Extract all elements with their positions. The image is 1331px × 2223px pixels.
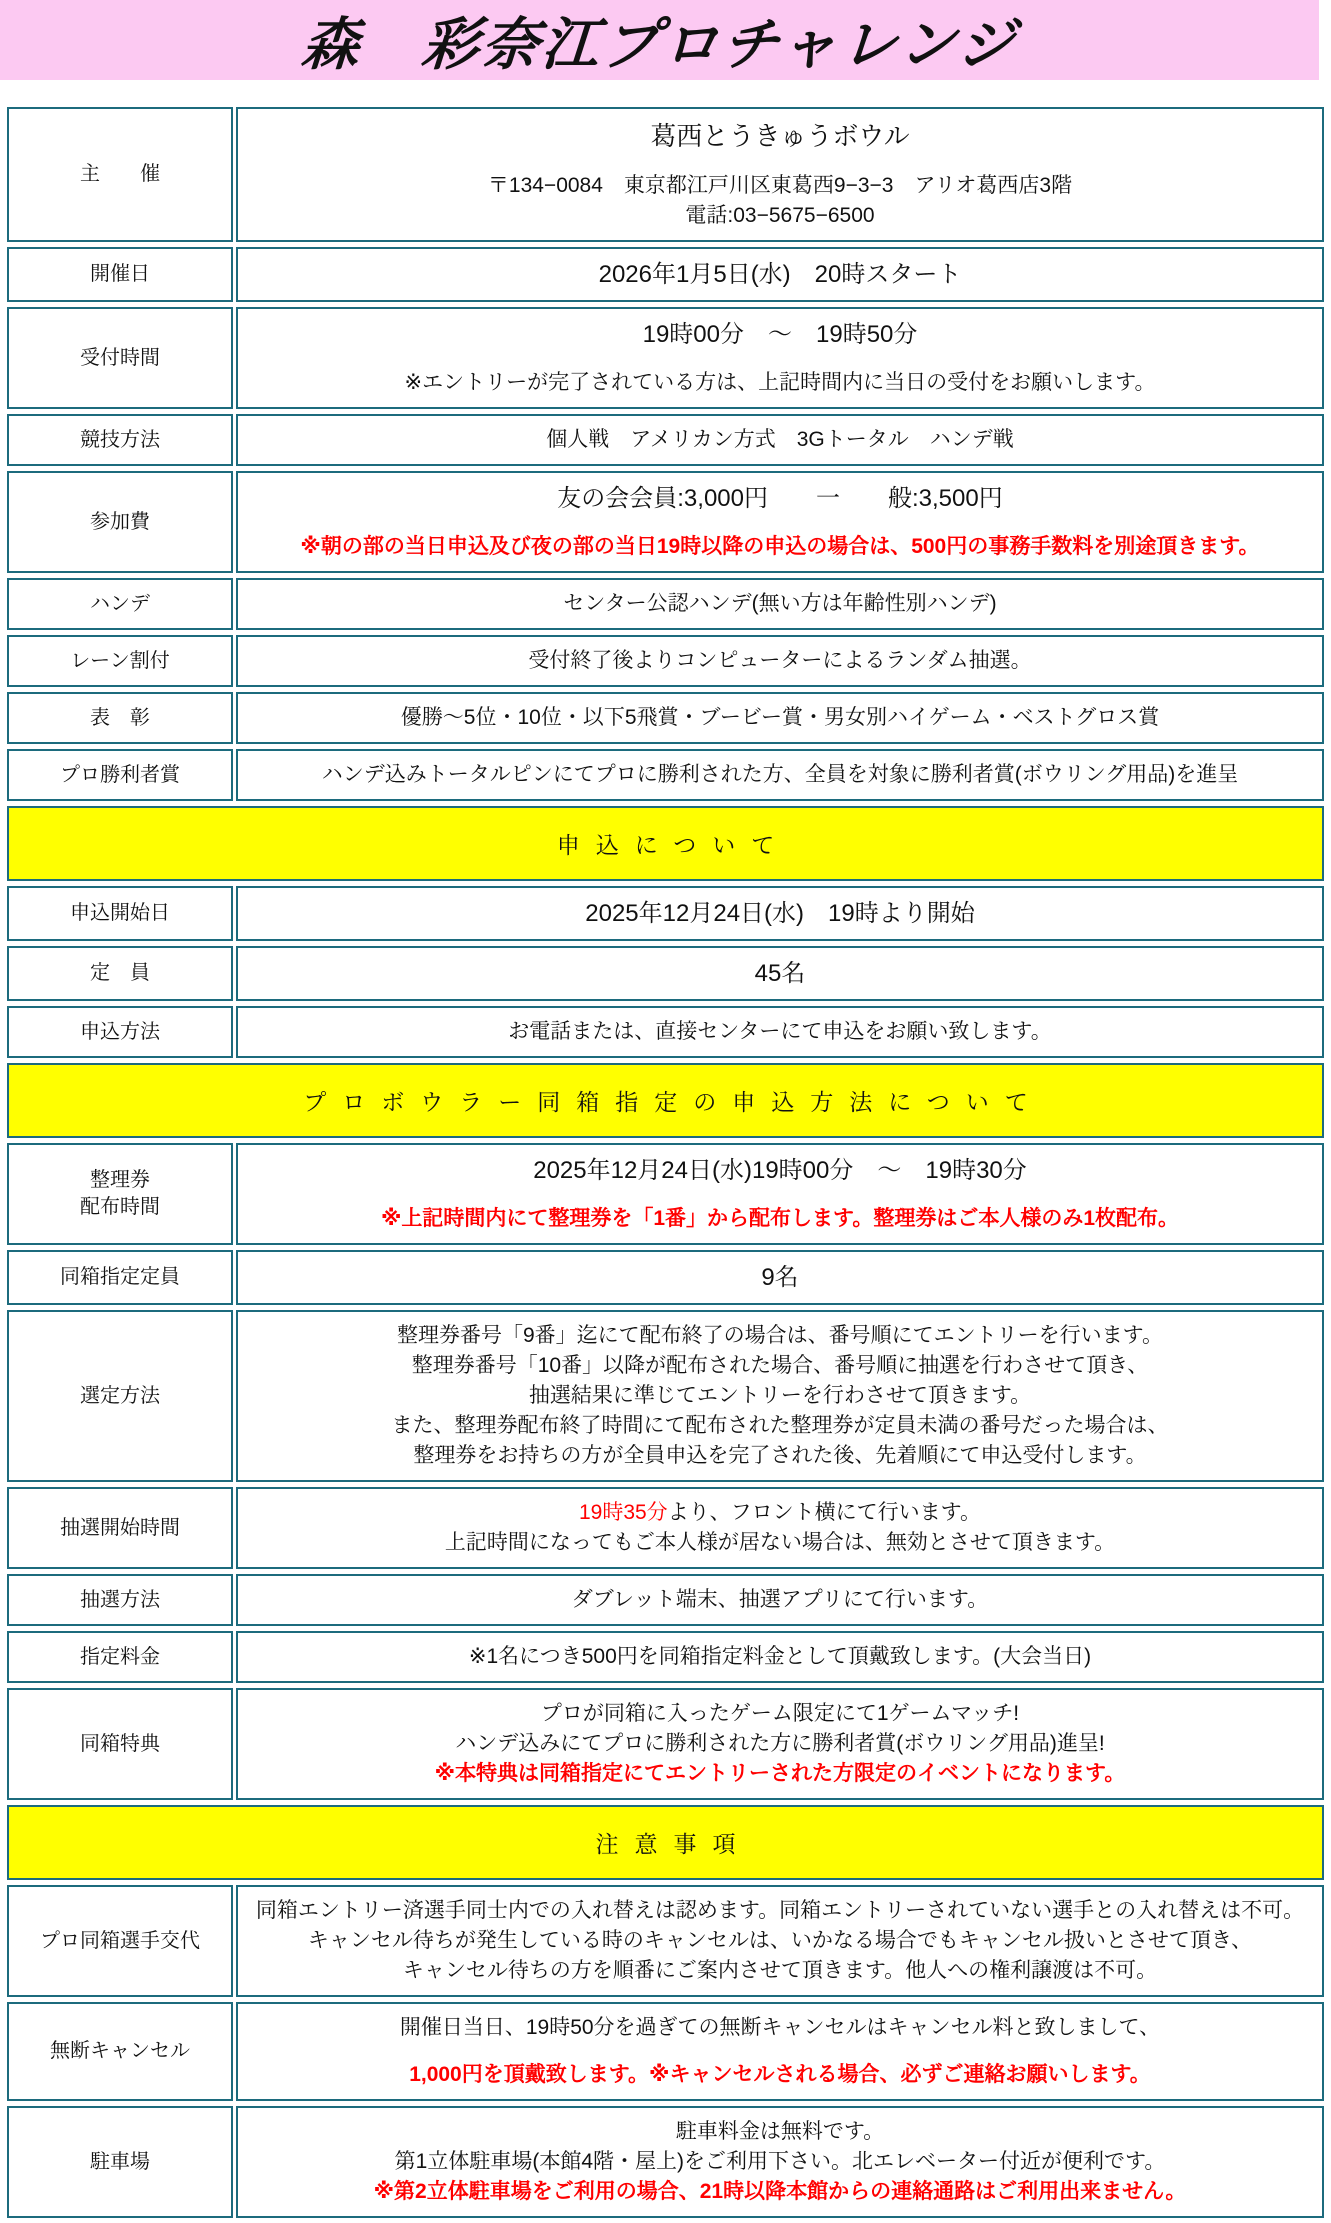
lottery-start-time-text: より、フロント横にて行います。 <box>668 1501 981 1524</box>
selection-method-label: 選定方法 <box>7 1310 233 1482</box>
organizer-line: 葛西とうきゅうボウル <box>244 118 1316 154</box>
flyer-page: 森 彩奈江プロチャレンジ 主 催葛西とうきゅうボウル〒134−0084 東京都江… <box>0 0 1331 2223</box>
section-notes-header: 注意事項 <box>7 1805 1324 1880</box>
selection-method-line: 抽選結果に準じてエントリーを行わさせて頂きます。 <box>244 1381 1316 1411</box>
section-application-header: 申込について <box>7 806 1324 881</box>
box-capacity-content: 9名 <box>236 1250 1324 1305</box>
ticket-distribution-time-line: 2025年12月24日(水)19時00分 〜 19時30分 <box>244 1154 1316 1187</box>
row-lane-assignment: レーン割付受付終了後よりコンピューターによるランダム抽選。 <box>7 635 1324 687</box>
box-capacity-label: 同箱指定定員 <box>7 1250 233 1305</box>
row-awards: 表 彰優勝〜5位・10位・以下5飛賞・ブービー賞・男女別ハイゲーム・ベストグロス… <box>7 692 1324 744</box>
parking-line: 駐車料金は無料です。 <box>244 2117 1316 2147</box>
box-benefits-line: ※本特典は同箱指定にてエントリーされた方限定のイベントになります。 <box>244 1759 1316 1789</box>
row-box-benefits: 同箱特典プロが同箱に入ったゲーム限定にて1ゲームマッチ!ハンデ込みにてプロに勝利… <box>7 1688 1324 1800</box>
organizer-line: 電話:03−5675−6500 <box>244 201 1316 231</box>
box-benefits-label: 同箱特典 <box>7 1688 233 1800</box>
row-reception-time: 受付時間19時00分 〜 19時50分※エントリーが完了されている方は、上記時間… <box>7 307 1324 409</box>
handicap-content: センター公認ハンデ(無い方は年齢性別ハンデ) <box>236 578 1324 630</box>
lottery-method-content: ダブレット端末、抽選アプリにて行います。 <box>236 1574 1324 1626</box>
spacer <box>244 154 1316 171</box>
application-start-date-label: 申込開始日 <box>7 886 233 941</box>
organizer-content: 葛西とうきゅうボウル〒134−0084 東京都江戸川区東葛西9−3−3 アリオ葛… <box>236 107 1324 242</box>
competition-format-content: 個人戦 アメリカン方式 3Gトータル ハンデ戦 <box>236 414 1324 466</box>
row-section-probowler-box: プロボウラー同箱指定の申込方法について <box>7 1063 1324 1138</box>
ticket-distribution-time-content: 2025年12月24日(水)19時00分 〜 19時30分※上記時間内にて整理券… <box>236 1143 1324 1245</box>
row-application-start-date: 申込開始日2025年12月24日(水) 19時より開始 <box>7 886 1324 941</box>
pro-box-player-substitution-content: 同箱エントリー済選手同士内での入れ替えは認めます。同箱エントリーされていない選手… <box>236 1885 1324 1997</box>
pro-winner-prize-label: プロ勝利者賞 <box>7 749 233 801</box>
event-title: 森 彩奈江プロチャレンジ <box>299 0 1020 81</box>
row-pro-box-player-substitution: プロ同箱選手交代同箱エントリー済選手同士内での入れ替えは認めます。同箱エントリー… <box>7 1885 1324 1997</box>
ticket-distribution-time-label: 整理券配布時間 <box>7 1143 233 1245</box>
section-probowler-box-header: プロボウラー同箱指定の申込方法について <box>7 1063 1324 1138</box>
row-organizer: 主 催葛西とうきゅうボウル〒134−0084 東京都江戸川区東葛西9−3−3 ア… <box>7 107 1324 242</box>
pro-box-player-substitution-label: プロ同箱選手交代 <box>7 1885 233 1997</box>
no-show-cancellation-line: 1,000円を頂戴致します。※キャンセルされる場合、必ずご連絡お願いします。 <box>244 2060 1316 2090</box>
capacity-label: 定 員 <box>7 946 233 1001</box>
row-pro-winner-prize: プロ勝利者賞ハンデ込みトータルピンにてプロに勝利された方、全員を対象に勝利者賞(… <box>7 749 1324 801</box>
box-benefits-content: プロが同箱に入ったゲーム限定にて1ゲームマッチ!ハンデ込みにてプロに勝利された方… <box>236 1688 1324 1800</box>
pro-box-player-substitution-line: キャンセル待ちが発生している時のキャンセルは、いかなる場合でもキャンセル扱いとさ… <box>244 1926 1316 1956</box>
reception-time-content: 19時00分 〜 19時50分※エントリーが完了されている方は、上記時間内に当日… <box>236 307 1324 409</box>
selection-method-line: 整理券番号「10番」以降が配布された場合、番号順に抽選を行わさせて頂き、 <box>244 1351 1316 1381</box>
lottery-method-label: 抽選方法 <box>7 1574 233 1626</box>
spacer <box>244 2043 1316 2060</box>
row-capacity: 定 員45名 <box>7 946 1324 1001</box>
row-lottery-start-time: 抽選開始時間19時35分より、フロント横にて行います。上記時間になってもご本人様… <box>7 1487 1324 1569</box>
row-entry-fee: 参加費友の会会員:3,000円 一 般:3,500円※朝の部の当日申込及び夜の部… <box>7 471 1324 573</box>
parking-line: 第1立体駐車場(本館4階・屋上)をご利用下さい。北エレベーター付近が便利です。 <box>244 2147 1316 2177</box>
handicap-line: センター公認ハンデ(無い方は年齢性別ハンデ) <box>244 589 1316 619</box>
row-designation-fee: 指定料金※1名につき500円を同箱指定料金として頂戴致します。(大会当日) <box>7 1631 1324 1683</box>
designation-fee-label: 指定料金 <box>7 1631 233 1683</box>
row-parking: 駐車場駐車料金は無料です。第1立体駐車場(本館4階・屋上)をご利用下さい。北エレ… <box>7 2106 1324 2218</box>
row-competition-format: 競技方法個人戦 アメリカン方式 3Gトータル ハンデ戦 <box>7 414 1324 466</box>
capacity-content: 45名 <box>236 946 1324 1001</box>
no-show-cancellation-line: 開催日当日、19時50分を過ぎての無断キャンセルはキャンセル料と致しまして、 <box>244 2013 1316 2043</box>
pro-winner-prize-content: ハンデ込みトータルピンにてプロに勝利された方、全員を対象に勝利者賞(ボウリング用… <box>236 749 1324 801</box>
parking-label: 駐車場 <box>7 2106 233 2218</box>
entry-fee-line: ※朝の部の当日申込及び夜の部の当日19時以降の申込の場合は、500円の事務手数料… <box>244 532 1316 562</box>
no-show-cancellation-label: 無断キャンセル <box>7 2002 233 2101</box>
lane-assignment-content: 受付終了後よりコンピューターによるランダム抽選。 <box>236 635 1324 687</box>
awards-label: 表 彰 <box>7 692 233 744</box>
spacer <box>244 351 1316 368</box>
competition-format-line: 個人戦 アメリカン方式 3Gトータル ハンデ戦 <box>244 425 1316 455</box>
selection-method-line: 整理券をお持ちの方が全員申込を完了された後、先着順にて申込受付します。 <box>244 1441 1316 1471</box>
box-benefits-line: プロが同箱に入ったゲーム限定にて1ゲームマッチ! <box>244 1699 1316 1729</box>
no-show-cancellation-content: 開催日当日、19時50分を過ぎての無断キャンセルはキャンセル料と致しまして、1,… <box>236 2002 1324 2101</box>
reception-time-line: 19時00分 〜 19時50分 <box>244 318 1316 351</box>
selection-method-content: 整理券番号「9番」迄にて配布終了の場合は、番号順にてエントリーを行います。整理券… <box>236 1310 1324 1482</box>
lottery-start-time-line: 上記時間になってもご本人様が居ない場合は、無効とさせて頂きます。 <box>244 1528 1316 1558</box>
designation-fee-content: ※1名につき500円を同箱指定料金として頂戴致します。(大会当日) <box>236 1631 1324 1683</box>
spacer <box>244 515 1316 532</box>
pro-box-player-substitution-line: 同箱エントリー済選手同士内での入れ替えは認めます。同箱エントリーされていない選手… <box>244 1896 1316 1926</box>
lane-assignment-line: 受付終了後よりコンピューターによるランダム抽選。 <box>244 646 1316 676</box>
row-box-capacity: 同箱指定定員9名 <box>7 1250 1324 1305</box>
event-date-line: 2026年1月5日(水) 20時スタート <box>244 258 1316 291</box>
row-selection-method: 選定方法整理券番号「9番」迄にて配布終了の場合は、番号順にてエントリーを行います… <box>7 1310 1324 1482</box>
application-method-content: お電話または、直接センターにて申込をお願い致します。 <box>236 1006 1324 1058</box>
event-date-label: 開催日 <box>7 247 233 302</box>
ticket-distribution-time-line: ※上記時間内にて整理券を「1番」から配布します。整理券はご本人様のみ1枚配布。 <box>244 1204 1316 1234</box>
selection-method-line: 整理券番号「9番」迄にて配布終了の場合は、番号順にてエントリーを行います。 <box>244 1321 1316 1351</box>
lottery-start-time-label: 抽選開始時間 <box>7 1487 233 1569</box>
reception-time-label: 受付時間 <box>7 307 233 409</box>
entry-fee-line: 友の会会員:3,000円 一 般:3,500円 <box>244 482 1316 515</box>
entry-fee-content: 友の会会員:3,000円 一 般:3,500円※朝の部の当日申込及び夜の部の当日… <box>236 471 1324 573</box>
reception-time-line: ※エントリーが完了されている方は、上記時間内に当日の受付をお願いします。 <box>244 368 1316 398</box>
parking-content: 駐車料金は無料です。第1立体駐車場(本館4階・屋上)をご利用下さい。北エレベータ… <box>236 2106 1324 2218</box>
box-benefits-line: ハンデ込みにてプロに勝利された方に勝利者賞(ボウリング用品)進呈! <box>244 1729 1316 1759</box>
capacity-line: 45名 <box>244 957 1316 990</box>
application-method-label: 申込方法 <box>7 1006 233 1058</box>
row-application-method: 申込方法お電話または、直接センターにて申込をお願い致します。 <box>7 1006 1324 1058</box>
box-capacity-line: 9名 <box>244 1261 1316 1294</box>
row-event-date: 開催日2026年1月5日(水) 20時スタート <box>7 247 1324 302</box>
row-ticket-distribution-time: 整理券配布時間2025年12月24日(水)19時00分 〜 19時30分※上記時… <box>7 1143 1324 1245</box>
lane-assignment-label: レーン割付 <box>7 635 233 687</box>
application-start-date-line: 2025年12月24日(水) 19時より開始 <box>244 897 1316 930</box>
competition-format-label: 競技方法 <box>7 414 233 466</box>
lottery-start-time-highlight: 19時35分 <box>579 1501 668 1524</box>
spacer <box>244 1187 1316 1204</box>
entry-fee-label: 参加費 <box>7 471 233 573</box>
designation-fee-line: ※1名につき500円を同箱指定料金として頂戴致します。(大会当日) <box>244 1642 1316 1672</box>
row-section-application: 申込について <box>7 806 1324 881</box>
application-method-line: お電話または、直接センターにて申込をお願い致します。 <box>244 1017 1316 1047</box>
pro-winner-prize-line: ハンデ込みトータルピンにてプロに勝利された方、全員を対象に勝利者賞(ボウリング用… <box>244 760 1316 790</box>
application-start-date-content: 2025年12月24日(水) 19時より開始 <box>236 886 1324 941</box>
row-no-show-cancellation: 無断キャンセル開催日当日、19時50分を過ぎての無断キャンセルはキャンセル料と致… <box>7 2002 1324 2101</box>
awards-content: 優勝〜5位・10位・以下5飛賞・ブービー賞・男女別ハイゲーム・ベストグロス賞 <box>236 692 1324 744</box>
row-handicap: ハンデセンター公認ハンデ(無い方は年齢性別ハンデ) <box>7 578 1324 630</box>
row-lottery-method: 抽選方法ダブレット端末、抽選アプリにて行います。 <box>7 1574 1324 1626</box>
handicap-label: ハンデ <box>7 578 233 630</box>
selection-method-line: また、整理券配布終了時間にて配布された整理券が定員未満の番号だった場合は、 <box>244 1411 1316 1441</box>
awards-line: 優勝〜5位・10位・以下5飛賞・ブービー賞・男女別ハイゲーム・ベストグロス賞 <box>244 703 1316 733</box>
row-section-notes: 注意事項 <box>7 1805 1324 1880</box>
organizer-line: 〒134−0084 東京都江戸川区東葛西9−3−3 アリオ葛西店3階 <box>244 171 1316 201</box>
event-info-table: 主 催葛西とうきゅうボウル〒134−0084 東京都江戸川区東葛西9−3−3 ア… <box>4 102 1327 2223</box>
pro-box-player-substitution-line: キャンセル待ちの方を順番にご案内させて頂きます。他人への権利譲渡は不可。 <box>244 1956 1316 1986</box>
parking-line: ※第2立体駐車場をご利用の場合、21時以降本館からの連絡通路はご利用出来ません。 <box>244 2177 1316 2207</box>
lottery-start-time-line: 19時35分より、フロント横にて行います。 <box>244 1498 1316 1528</box>
lottery-method-line: ダブレット端末、抽選アプリにて行います。 <box>244 1585 1316 1615</box>
title-banner: 森 彩奈江プロチャレンジ <box>0 0 1319 80</box>
event-date-content: 2026年1月5日(水) 20時スタート <box>236 247 1324 302</box>
organizer-label: 主 催 <box>7 107 233 242</box>
lottery-start-time-content: 19時35分より、フロント横にて行います。上記時間になってもご本人様が居ない場合… <box>236 1487 1324 1569</box>
info-table-body: 主 催葛西とうきゅうボウル〒134−0084 東京都江戸川区東葛西9−3−3 ア… <box>7 107 1324 2218</box>
